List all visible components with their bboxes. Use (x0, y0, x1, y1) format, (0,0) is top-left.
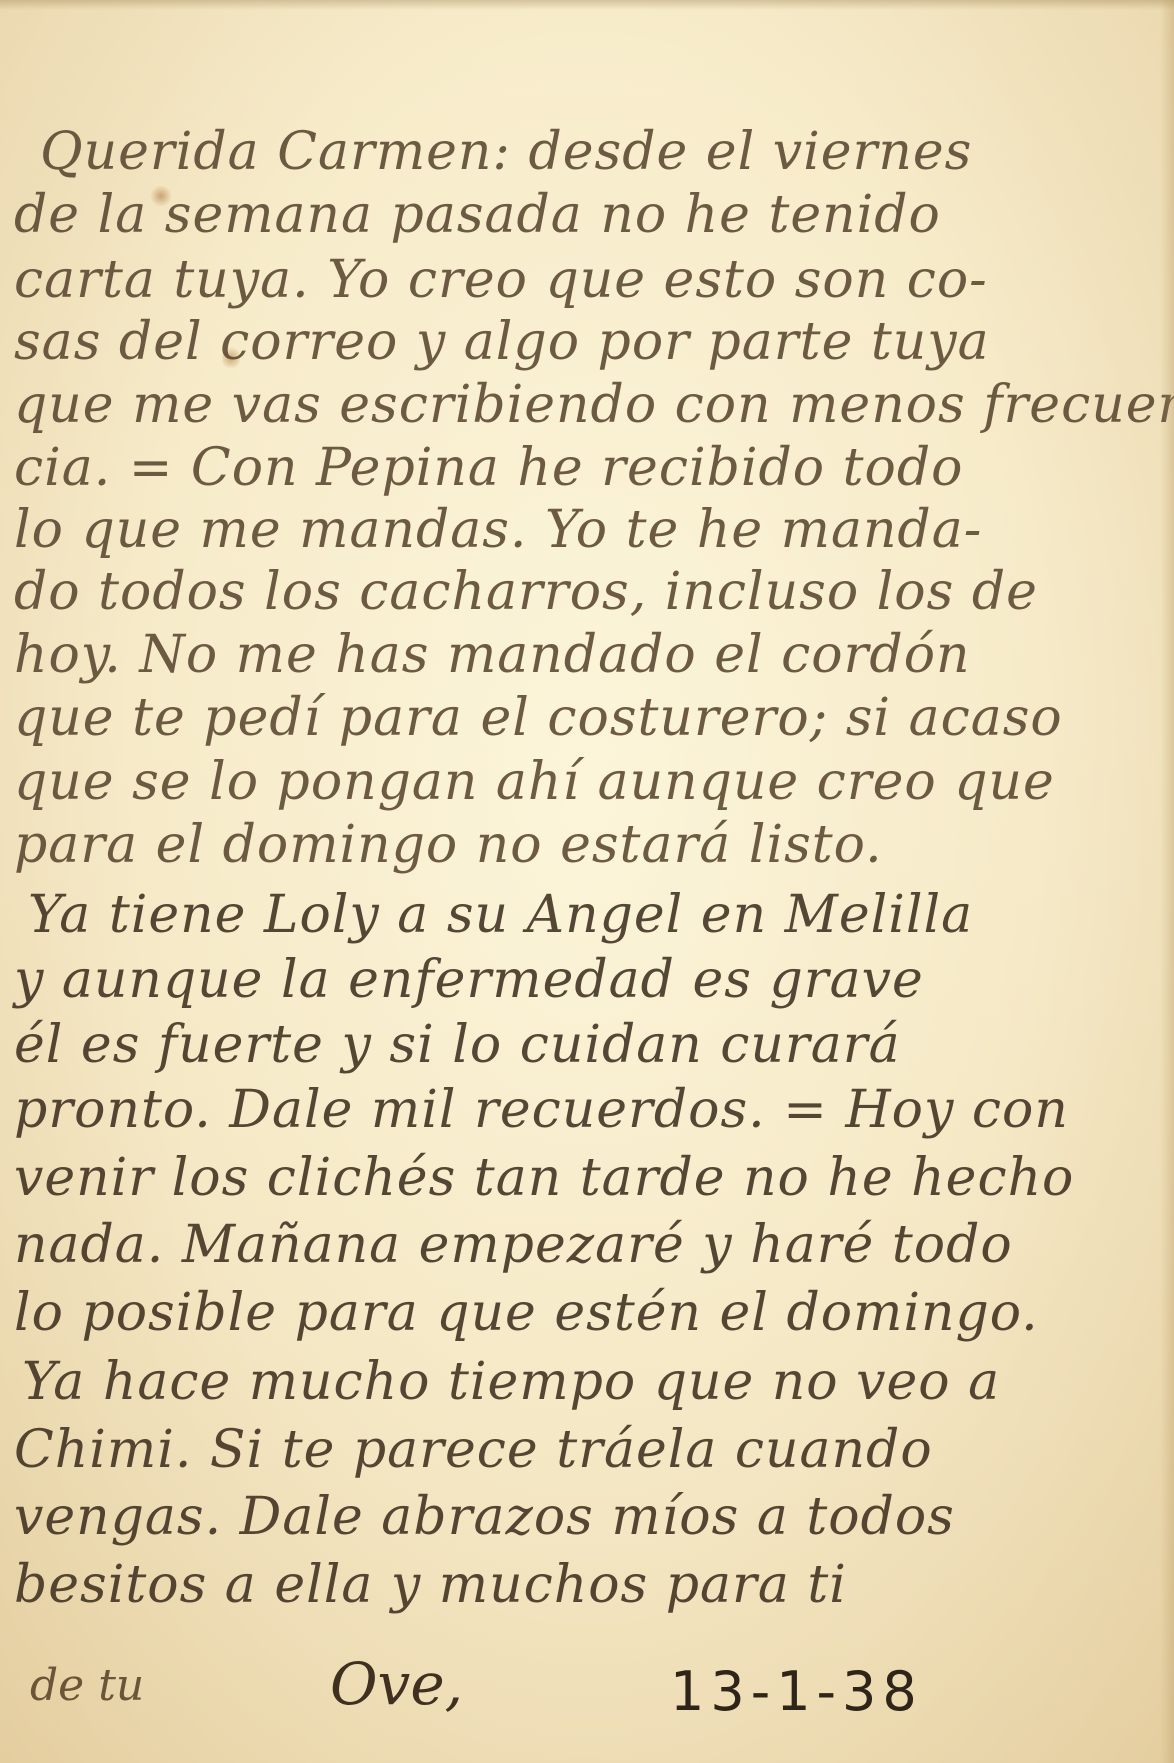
letter-line-19: lo posible para que estén el domingo. (14, 1283, 1039, 1343)
letter-line-13: Ya tiene Loly a su Angel en Melilla (28, 885, 973, 945)
letter-line-6: cia. = Con Pepina he recibido todo (14, 438, 963, 498)
letter-line-21: Chimi. Si te parece tráela cuando (14, 1420, 933, 1480)
letter-line-17: venir los clichés tan tarde no he hecho (14, 1148, 1074, 1208)
letter-line-7: lo que me mandas. Yo te he manda- (14, 500, 982, 560)
letter-line-2: de la semana pasada no he tenido (14, 185, 941, 245)
letter-line-11: que se lo pongan ahí aunque creo que (14, 752, 1055, 812)
letter-line-16: pronto. Dale mil recuerdos. = Hoy con (14, 1080, 1069, 1140)
signature: Ove, (330, 1650, 463, 1718)
letter-line-22: vengas. Dale abrazos míos a todos (14, 1487, 955, 1547)
letter-line-9: hoy. No me has mandado el cordón (14, 625, 971, 685)
letter-line-4: sas del correo y algo por parte tuya (14, 312, 990, 372)
letter-line-3: carta tuya. Yo creo que esto son co- (14, 250, 988, 310)
letter-line-23: besitos a ella y muchos para ti (14, 1555, 847, 1615)
letter-page: Querida Carmen: desde el viernes de la s… (0, 0, 1174, 1763)
letter-date: 13-1-38 (670, 1660, 923, 1723)
signature-block: de tu Ove, 13-1-38 (30, 1690, 1150, 1763)
letter-line-14: y aunque la enfermedad es grave (14, 950, 924, 1010)
letter-line-1: Querida Carmen: desde el viernes (40, 122, 972, 182)
letter-line-10: que te pedí para el costurero; si acaso (14, 688, 1063, 748)
letter-line-5: que me vas escribiendo con menos frecuen… (14, 375, 1174, 435)
letter-line-18: nada. Mañana empezaré y haré todo (14, 1215, 1013, 1275)
letter-line-8: do todos los cacharros, incluso los de (14, 562, 1038, 622)
letter-line-20: Ya hace mucho tiempo que no veo a (22, 1352, 1000, 1412)
letter-line-15: él es fuerte y si lo cuidan curará (14, 1015, 901, 1075)
closing-text: de tu (30, 1660, 144, 1711)
letter-line-12: para el domingo no estará listo. (14, 815, 883, 875)
